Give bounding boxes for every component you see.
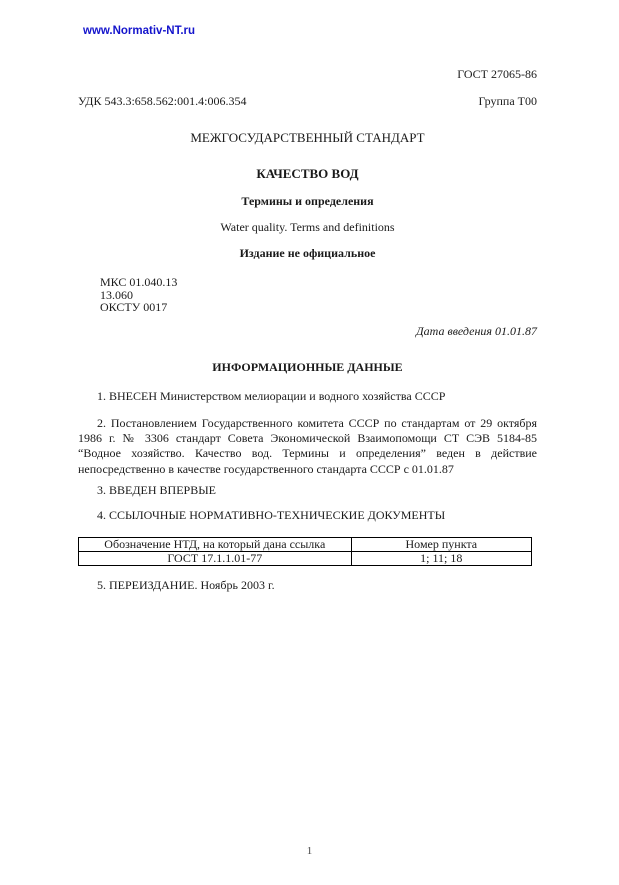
group-code: Группа Т00 — [478, 95, 537, 108]
info-item-4: 4. ССЫЛОЧНЫЕ НОРМАТИВНО-ТЕХНИЧЕСКИЕ ДОКУ… — [78, 508, 537, 523]
effective-date: Дата введения 01.01.87 — [78, 325, 537, 338]
info-item-5: 5. ПЕРЕИЗДАНИЕ. Ноябрь 2003 г. — [78, 578, 537, 593]
reference-table: Обозначение НТД, на который дана ссылка … — [78, 537, 532, 566]
document-title: КАЧЕСТВО ВОД — [78, 167, 537, 180]
table-header-row: Обозначение НТД, на который дана ссылка … — [79, 537, 532, 551]
document-subtitle: Термины и определения — [78, 195, 537, 208]
table-header-number: Номер пункта — [351, 537, 531, 551]
udk-code: УДК 543.3:658.562:001.4:006.354 — [78, 95, 246, 108]
classification-codes: МКС 01.040.13 13.060 ОКСТУ 0017 — [100, 276, 537, 314]
mks-code: МКС 01.040.13 — [100, 276, 537, 289]
document-title-english: Water quality. Terms and definitions — [78, 221, 537, 234]
info-item-3: 3. ВВЕДЕН ВПЕРВЫЕ — [78, 483, 537, 498]
page-number: 1 — [0, 845, 619, 857]
doc-number: ГОСТ 27065-86 — [78, 68, 537, 81]
table-row: ГОСТ 17.1.1.01-77 1; 11; 18 — [79, 551, 532, 565]
okstu-code: ОКСТУ 0017 — [100, 301, 537, 314]
info-item-1: 1. ВНЕСЕН Министерством мелиорации и вод… — [78, 389, 537, 404]
edition-note: Издание не официальное — [78, 247, 537, 260]
document-page: www.Normativ-NT.ru ГОСТ 27065-86 УДК 543… — [0, 0, 619, 885]
standard-type-heading: МЕЖГОСУДАРСТВЕННЫЙ СТАНДАРТ — [78, 131, 537, 144]
info-data-heading: ИНФОРМАЦИОННЫЕ ДАННЫЕ — [78, 361, 537, 374]
table-cell-ntd: ГОСТ 17.1.1.01-77 — [79, 551, 352, 565]
document-content: ГОСТ 27065-86 УДК 543.3:658.562:001.4:00… — [78, 0, 537, 593]
udk-row: УДК 543.3:658.562:001.4:006.354 Группа Т… — [78, 95, 537, 108]
table-cell-number: 1; 11; 18 — [351, 551, 531, 565]
table-header-ntd: Обозначение НТД, на который дана ссылка — [79, 537, 352, 551]
info-item-2: 2. Постановлением Государственного комит… — [78, 416, 537, 477]
